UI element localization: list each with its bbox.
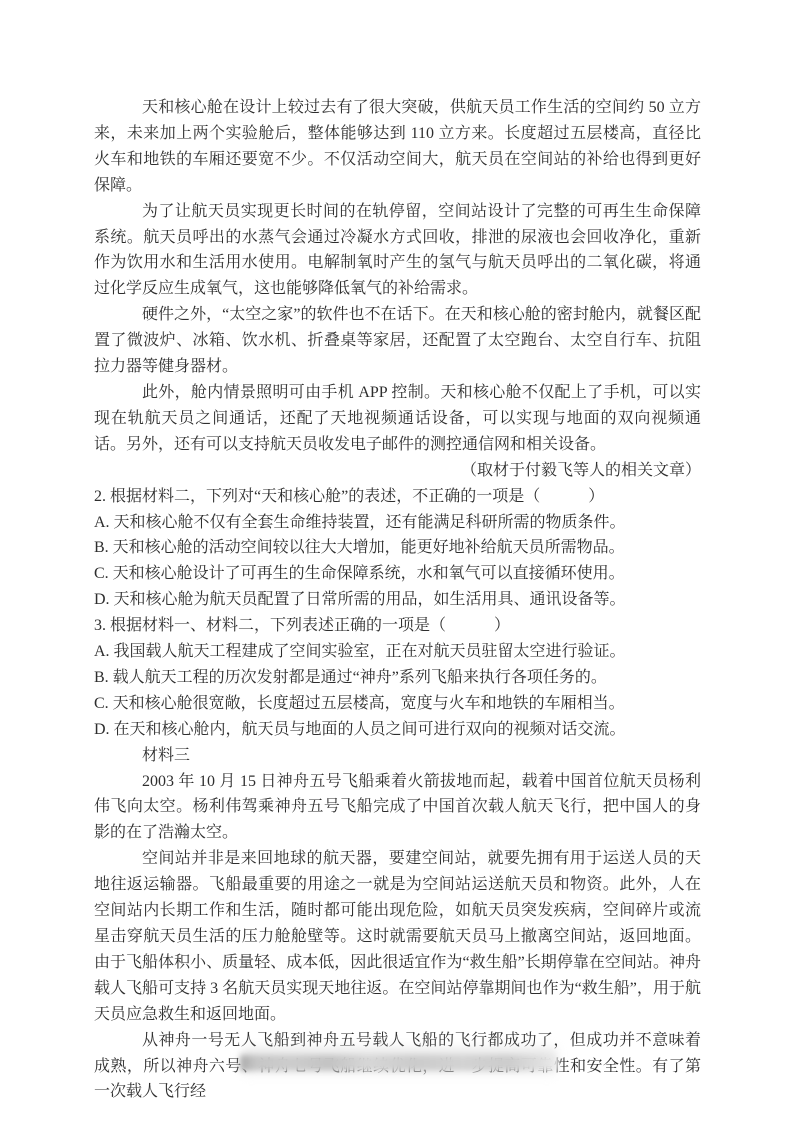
question-3-option-c: C. 天和核心舱很宽敞，长度超过五层楼高，宽度与火车和地铁的车厢相当。 (94, 691, 701, 717)
exam-text-column: 天和核心舱在设计上较过去有了很大突破，供航天员工作生活的空间约 50 立方来，未… (94, 95, 701, 1105)
question-3-stem: 3. 根据材料一、材料二，下列表述正确的一项是（ ） (94, 613, 701, 639)
question-3-option-b: B. 载人航天工程的历次发射都是通过“神舟”系列飞船来执行各项任务的。 (94, 665, 701, 691)
material-three-paragraph-1: 2003 年 10 月 15 日神舟五号飞船乘着火箭拔地而起，载着中国首位航天员… (94, 769, 701, 847)
material-two-paragraph-1: 天和核心舱在设计上较过去有了很大突破，供航天员工作生活的空间约 50 立方来，未… (94, 95, 701, 199)
material-three-heading: 材料三 (94, 743, 701, 769)
question-2-option-c: C. 天和核心舱设计了可再生的生命保障系统，水和氧气可以直接循环使用。 (94, 561, 701, 587)
material-two-paragraph-3: 硬件之外，“太空之家”的软件也不在话下。在天和核心舱的密封舱内，就餐区配置了微波… (94, 302, 701, 380)
material-two-paragraph-2: 为了让航天员实现更长时间的在轨停留，空间站设计了完整的可再生生命保障系统。航天员… (94, 199, 701, 303)
blurred-watermark-bar (240, 1055, 558, 1071)
question-2-stem: 2. 根据材料二，下列对“天和核心舱”的表述，不正确的一项是（ ） (94, 484, 701, 510)
exam-page: 天和核心舱在设计上较过去有了很大突破，供航天员工作生活的空间约 50 立方来，未… (0, 0, 793, 1122)
material-three-paragraph-2: 空间站并非是来回地球的航天器，要建空间站，就要先拥有用于运送人员的天地往返运输器… (94, 846, 701, 1027)
question-3-option-a: A. 我国载人航天工程建成了空间实验室，正在对航天员驻留太空进行验证。 (94, 639, 701, 665)
question-2-option-d: D. 天和核心舱为航天员配置了日常所需的用品，如生活用具、通讯设备等。 (94, 587, 701, 613)
question-2-option-b: B. 天和核心舱的活动空间较以往大大增加，能更好地补给航天员所需物品。 (94, 535, 701, 561)
question-3-option-d: D. 在天和核心舱内，航天员与地面的人员之间可进行双向的视频对话交流。 (94, 717, 701, 743)
material-two-paragraph-4: 此外，舱内情景照明可由手机 APP 控制。天和核心舱不仅配上了手机，可以实现在轨… (94, 380, 701, 458)
question-2-option-a: A. 天和核心舱不仅有全套生命维持装置，还有能满足科研所需的物质条件。 (94, 510, 701, 536)
source-attribution: （取材于付毅飞等人的相关文章） (94, 458, 701, 484)
